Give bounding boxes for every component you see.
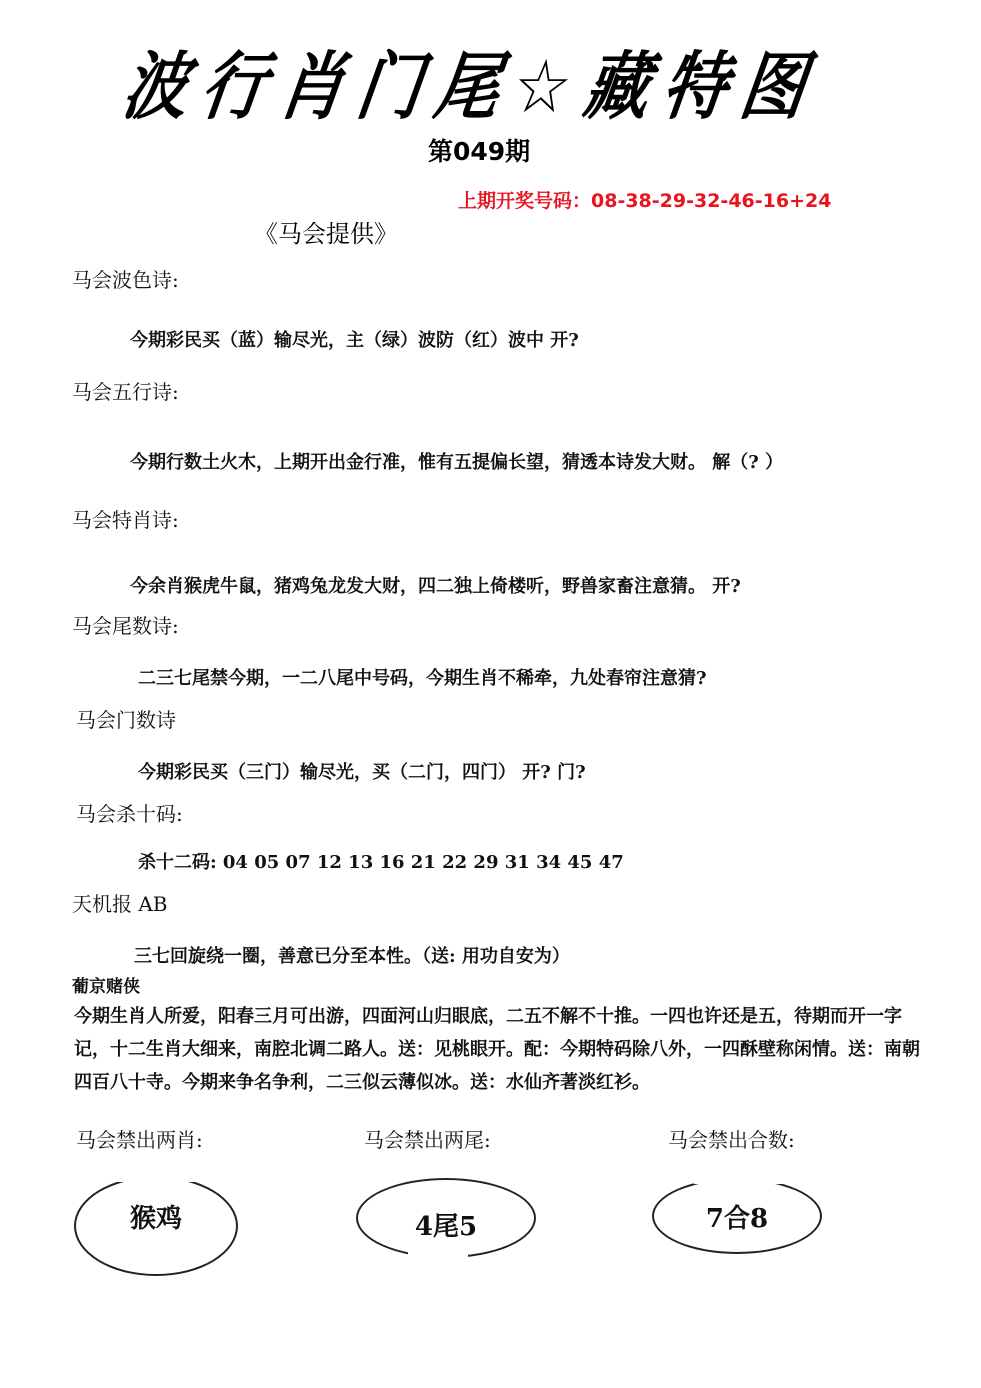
ban-value-zodiac: 猴鸡 — [130, 1198, 182, 1235]
section-label-door-number: 马会门数诗 — [76, 704, 176, 733]
issue-number: 第049期 — [428, 132, 530, 168]
ban-label-zodiac: 马会禁出两肖: — [76, 1124, 203, 1153]
gambler-label: 葡京赌侠 — [72, 972, 140, 997]
section-kill-numbers-list: 杀十二码: 04 05 07 12 13 16 21 22 29 31 34 4… — [138, 848, 624, 874]
section-poem-tianji: 三七回旋绕一圈，善意已分至本性。（送: 用功自安为） — [134, 942, 570, 968]
section-label-kill-numbers: 马会杀十码: — [76, 798, 183, 827]
ban-oval-tail: 4尾5 — [356, 1178, 536, 1258]
provider-label: 《马会提供》 — [254, 214, 398, 249]
section-label-special-zodiac: 马会特肖诗: — [72, 504, 179, 533]
gambler-paragraph: 今期生肖人所爱，阳春三月可出游，四面河山归眼底，二五不解不十推。一四也许还是五，… — [74, 1000, 924, 1099]
section-label-tianji: 天机报 AB — [72, 888, 168, 917]
last-draw-numbers: 08-38-29-32-46-16+24 — [591, 190, 831, 212]
ban-label-sum: 马会禁出合数: — [668, 1124, 795, 1153]
section-label-wave-color: 马会波色诗: — [72, 264, 179, 293]
ban-value-tail: 4尾5 — [415, 1206, 477, 1243]
ban-label-tail: 马会禁出两尾: — [364, 1124, 491, 1153]
section-poem-wave-color: 今期彩民买（蓝）输尽光，主（绿）波防（红）波中 开? — [130, 326, 579, 352]
section-poem-tail-number: 二三七尾禁今期，一二八尾中号码，今期生肖不稀牵，九处春帘注意猜? — [138, 664, 707, 690]
section-poem-special-zodiac: 今余肖猴虎牛鼠，猪鸡兔龙发大财，四二独上倚楼听，野兽家畜注意猜。 开? — [130, 572, 741, 598]
page-title: 波行肖门尾☆藏特图 — [117, 28, 827, 134]
ban-oval-sum: 7合8 — [652, 1178, 822, 1254]
section-poem-five-elements: 今期行数土火木，上期开出金行准，惟有五提偏长望，猜透本诗发大财。 解（? ） — [130, 448, 783, 474]
last-draw-result: 上期开奖号码：08-38-29-32-46-16+24 — [458, 186, 831, 213]
section-poem-door-number: 今期彩民买（三门）输尽光，买（二门，四门） 开? 门? — [138, 758, 586, 784]
last-draw-label: 上期开奖号码： — [458, 190, 591, 212]
section-label-tail-number: 马会尾数诗: — [72, 610, 179, 639]
section-label-five-elements: 马会五行诗: — [72, 376, 179, 405]
ban-value-sum: 7合8 — [706, 1198, 768, 1235]
ban-oval-zodiac: 猴鸡 — [74, 1176, 238, 1276]
